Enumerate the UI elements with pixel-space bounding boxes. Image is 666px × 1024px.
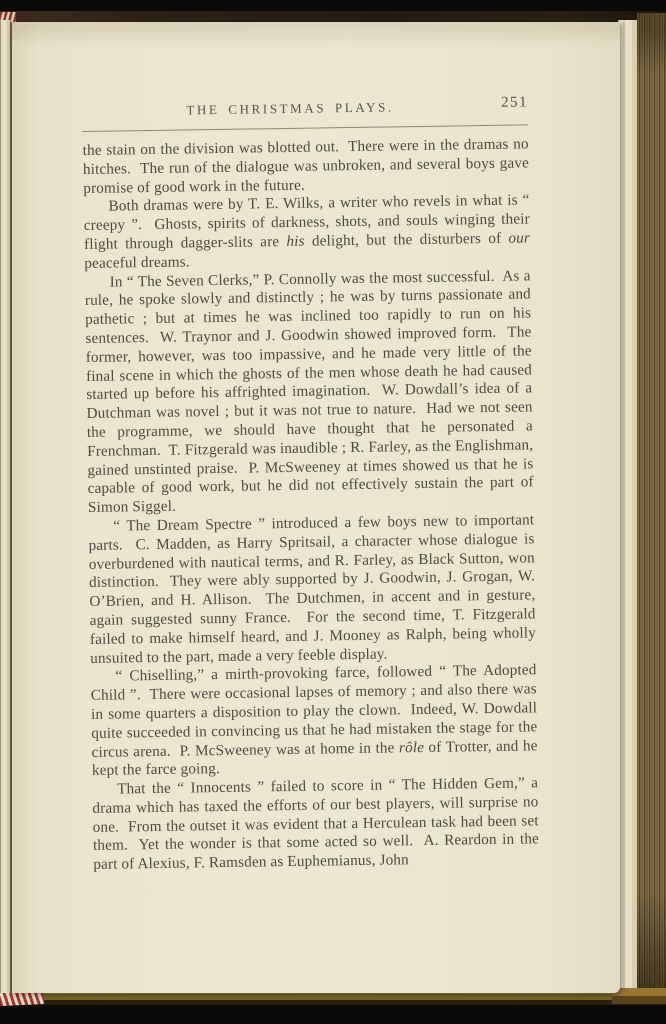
book-bottom-edge-corner: [612, 988, 666, 1004]
paragraph: Both dramas were by T. E. Wilks, a write…: [83, 192, 530, 274]
text-run: That the “ Innocents ” failed to score i…: [92, 774, 543, 873]
text-run: the stain on the division was blotted ou…: [83, 135, 533, 196]
book-page: THE CHRISTMAS PLAYS. 251 the stain on th…: [10, 22, 620, 993]
book-scan: THE CHRISTMAS PLAYS. 251 the stain on th…: [0, 0, 666, 1024]
page-content: THE CHRISTMAS PLAYS. 251 the stain on th…: [82, 97, 539, 875]
running-header: THE CHRISTMAS PLAYS. 251: [82, 97, 528, 118]
text-run: “ The Dream Spectre ” introduced a few b…: [88, 511, 540, 666]
page-title: THE CHRISTMAS PLAYS.: [82, 97, 528, 120]
italic-text-run: his: [286, 233, 304, 250]
page-number: 251: [501, 94, 528, 111]
headband-bottom: [0, 991, 44, 1006]
book-bottom-edge: [0, 991, 666, 1024]
page-stack-fore-edge: [637, 13, 666, 995]
italic-text-run: rôle: [399, 738, 424, 755]
text-run: delight, but the disturbers of: [305, 230, 509, 250]
text-run: In “ The Seven Clerks,” P. Connolly was …: [85, 267, 538, 516]
page-body: the stain on the division was blotted ou…: [83, 135, 540, 875]
italic-text-run: our: [508, 229, 530, 246]
paragraph: “ Chiselling,” a mirth-provoking farce, …: [90, 662, 538, 781]
paragraph: In “ The Seven Clerks,” P. Connolly was …: [85, 267, 535, 518]
paragraph: “ The Dream Spectre ” introduced a few b…: [88, 511, 536, 668]
paragraph: That the “ Innocents ” failed to score i…: [92, 774, 539, 875]
paragraph: the stain on the division was blotted ou…: [83, 135, 530, 198]
gutter-page-curl: [0, 20, 10, 993]
header-rule: [82, 124, 528, 132]
under-page-edges: [618, 20, 638, 994]
